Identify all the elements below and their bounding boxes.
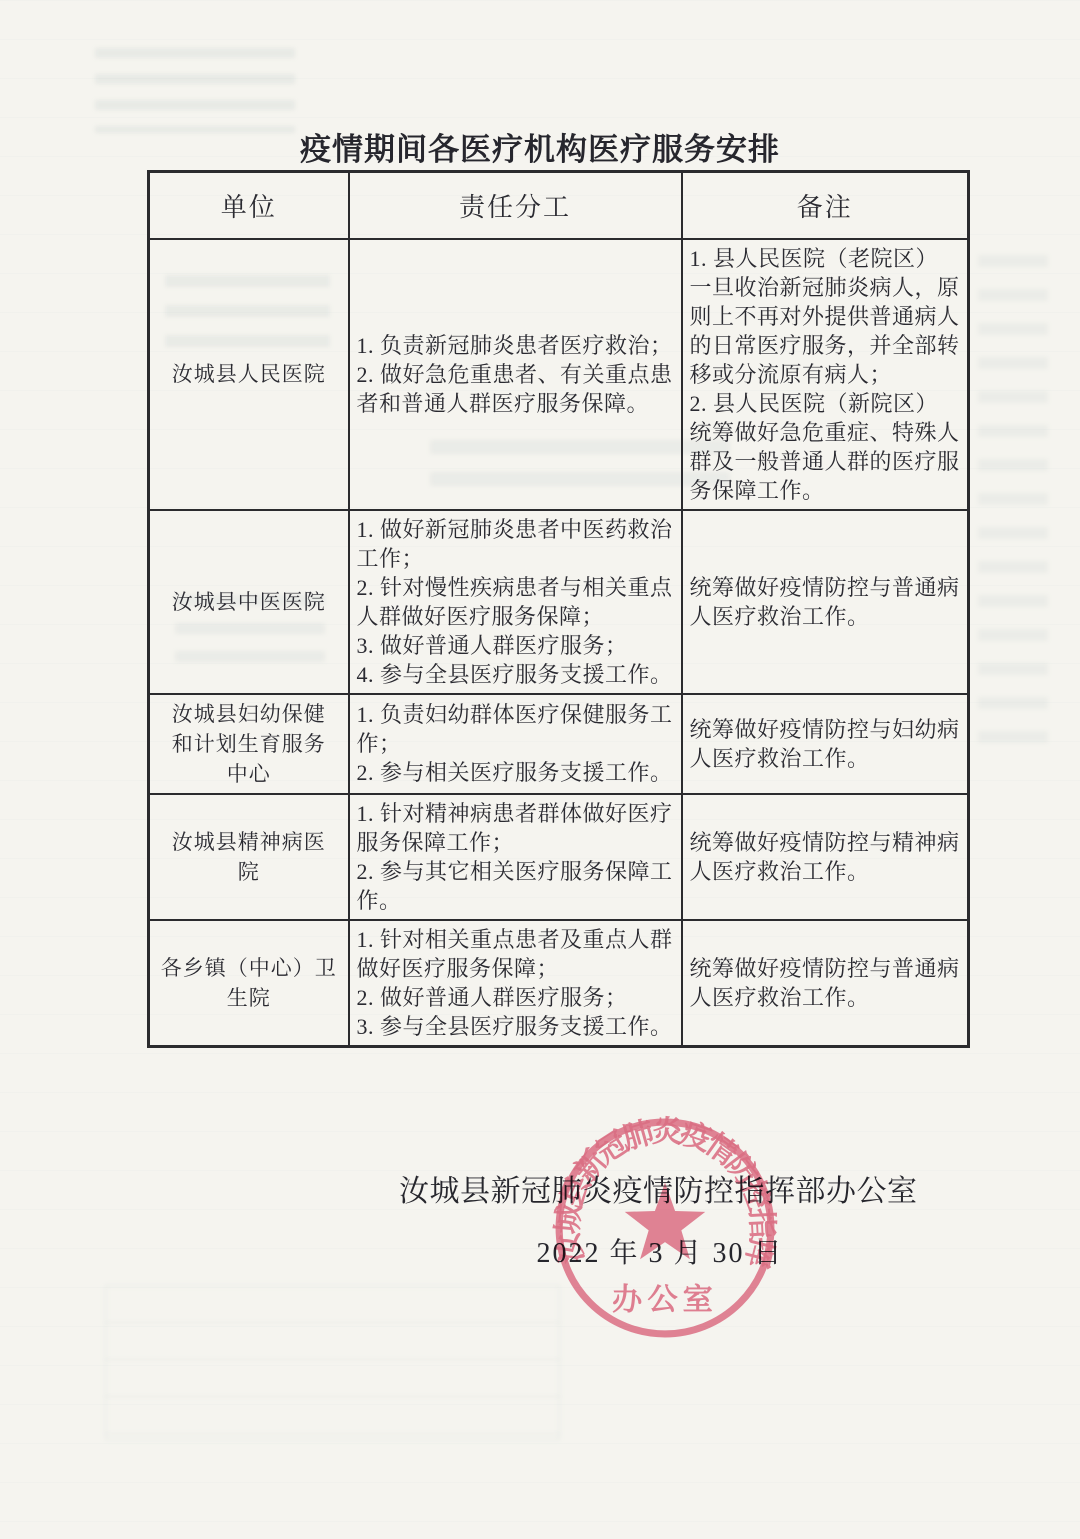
document-title: 疫情期间各医疗机构医疗服务安排 xyxy=(0,124,1080,169)
stamp-ring xyxy=(559,1122,771,1334)
duties-cell: 1. 负责新冠肺炎患者医疗救治； 2. 做好急危重患者、有关重点患者和普通人群医… xyxy=(349,239,682,510)
remarks-cell: 统筹做好疫情防控与普通病人医疗救治工作。 xyxy=(682,510,969,694)
bleed-through-mark xyxy=(95,48,295,133)
table-row: 汝城县精神病医 院 1. 针对精神病患者群体做好医疗服务保障工作； 2. 参与其… xyxy=(149,794,969,920)
col-header-duties: 责任分工 xyxy=(349,172,682,239)
medical-service-table: 单位 责任分工 备注 汝城县人民医院 1. 负责新冠肺炎患者医疗救治； 2. 做… xyxy=(147,170,970,1048)
official-stamp: 汝城县新冠肺炎疫情防控指挥部 办公室 xyxy=(549,1112,781,1344)
bleed-through-ghost-table xyxy=(105,1285,560,1440)
table-header-row: 单位 责任分工 备注 xyxy=(149,172,969,239)
unit-cell: 汝城县妇幼保健 和计划生育服务 中心 xyxy=(149,694,349,794)
remarks-cell: 统筹做好疫情防控与普通病人医疗救治工作。 xyxy=(682,920,969,1047)
table-row: 汝城县妇幼保健 和计划生育服务 中心 1. 负责妇幼群体医疗保健服务工作； 2.… xyxy=(149,694,969,794)
stamp-bottom-text: 办公室 xyxy=(612,1283,718,1317)
issue-date: 2022 年 3 月 30 日 xyxy=(400,1231,920,1271)
col-header-unit: 单位 xyxy=(149,172,349,239)
table-row: 汝城县中医医院 1. 做好新冠肺炎患者中医药救治工作； 2. 针对慢性疾病患者与… xyxy=(149,510,969,694)
bleed-through-mark xyxy=(978,255,1048,765)
duties-cell: 1. 针对精神病患者群体做好医疗服务保障工作； 2. 参与其它相关医疗服务保障工… xyxy=(349,794,682,920)
unit-cell: 各乡镇（中心）卫 生院 xyxy=(149,920,349,1047)
unit-cell: 汝城县人民医院 xyxy=(149,239,349,510)
unit-cell: 汝城县精神病医 院 xyxy=(149,794,349,920)
issuing-organization: 汝城县新冠肺炎疫情防控指挥部办公室 xyxy=(399,1166,919,1210)
table-row: 汝城县人民医院 1. 负责新冠肺炎患者医疗救治； 2. 做好急危重患者、有关重点… xyxy=(149,239,969,510)
duties-cell: 1. 负责妇幼群体医疗保健服务工作； 2. 参与相关医疗服务支援工作。 xyxy=(349,694,682,794)
duties-cell: 1. 做好新冠肺炎患者中医药救治工作； 2. 针对慢性疾病患者与相关重点人群做好… xyxy=(349,510,682,694)
unit-cell: 汝城县中医医院 xyxy=(149,510,349,694)
remarks-cell: 统筹做好疫情防控与妇幼病人医疗救治工作。 xyxy=(682,694,969,794)
duties-cell: 1. 针对相关重点患者及重点人群做好医疗服务保障； 2. 做好普通人群医疗服务；… xyxy=(349,920,682,1047)
remarks-cell: 1. 县人民医院（老院区）一旦收治新冠肺炎病人，原则上不再对外提供普通病人的日常… xyxy=(682,239,969,510)
col-header-remarks: 备注 xyxy=(682,172,969,239)
table-row: 各乡镇（中心）卫 生院 1. 针对相关重点患者及重点人群做好医疗服务保障； 2.… xyxy=(149,920,969,1047)
remarks-cell: 统筹做好疫情防控与精神病人医疗救治工作。 xyxy=(682,794,969,920)
